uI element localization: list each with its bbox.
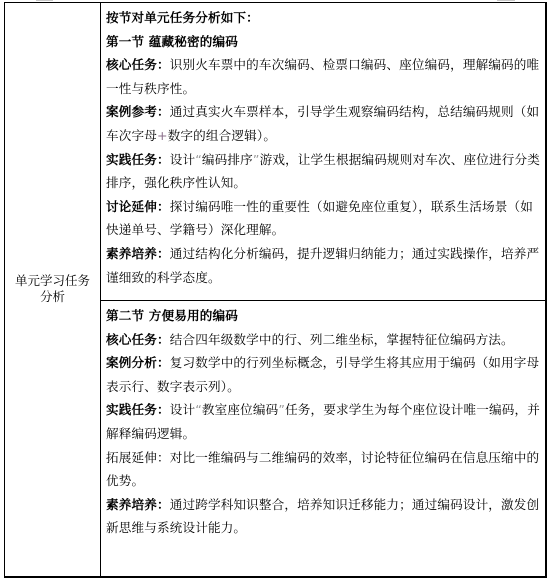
- item-label: 拓展延伸：: [106, 450, 170, 465]
- section-1-core-task-cont: 一性与秩序性。: [106, 77, 542, 101]
- section-2-heading: 第二节 方便易用的编码: [106, 304, 542, 328]
- close-quote: ”: [253, 152, 260, 167]
- item-label: 素养培养：: [106, 497, 170, 512]
- item-text: 优势。: [106, 473, 144, 488]
- section-1-literacy-cont: 谨细致的科学态度。: [106, 266, 542, 290]
- row-header-label-line1: 单元学习任务: [5, 273, 100, 289]
- section-1-practice-task-cont: 排序，强化秩序性认知。: [106, 171, 542, 195]
- section-1-case-reference: 案例参考：通过真实火车票样本，引导学生观察编码结构，总结编码规则（如: [106, 100, 542, 124]
- section-2-literacy-cont: 新思维与系统设计能力。: [106, 516, 542, 540]
- corner-mark-right: [497, 0, 515, 1]
- section-2-case-analysis: 案例分析：复习数学中的行列坐标概念，引导学生将其应用于编码（如用字母: [106, 351, 542, 375]
- section-1-discussion-cont: 快递单号、学籍号）深化理解。: [106, 218, 542, 242]
- corner-mark-left: [36, 0, 53, 1]
- item-text: 快递单号、学籍号）深化理解。: [106, 222, 284, 237]
- item-label: 实践任务：: [106, 402, 170, 417]
- item-text: 编码排序: [202, 152, 253, 167]
- section-2-extension-cont: 优势。: [106, 469, 542, 493]
- item-text: 复习数学中的行列坐标概念，引导学生将其应用于编码（如用字母: [170, 355, 540, 370]
- item-label: 实践任务：: [106, 152, 170, 167]
- item-label: 核心任务：: [106, 332, 170, 347]
- section-1-case-reference-cont: 车次字母+数字的组合逻辑）。: [106, 124, 542, 148]
- item-text: 对比一维编码与二维编码的效率，讨论特征位编码在信息压缩中的: [170, 450, 540, 465]
- row-header-label-line2: 分析: [5, 289, 100, 305]
- section-2-core-task: 核心任务：结合四年级数学中的行、列二维坐标，掌握特征位编码方法。: [106, 328, 542, 352]
- section-1-heading: 第一节 蕴藏秘密的编码: [106, 30, 542, 54]
- item-text: 结合四年级数学中的行、列二维坐标，掌握特征位编码方法。: [170, 332, 514, 347]
- item-text: 车次字母: [106, 128, 157, 143]
- section-2-practice-task: 实践任务：设计“教室座位编码”任务，要求学生为每个座位设计唯一编码，并: [106, 398, 542, 422]
- item-text: 解释编码逻辑。: [106, 426, 195, 441]
- section-1-cell: 按节对单元任务分析如下： 第一节 蕴藏秘密的编码 核心任务：识别火车票中的车次编…: [101, 3, 545, 301]
- item-text: 表示行、数字表示列）。: [106, 379, 240, 394]
- item-text: 谨细致的科学态度。: [106, 270, 221, 285]
- open-quote: “: [195, 152, 202, 167]
- section-2-extension: 拓展延伸：对比一维编码与二维编码的效率，讨论特征位编码在信息压缩中的: [106, 446, 542, 470]
- section-2-case-analysis-cont: 表示行、数字表示列）。: [106, 375, 542, 399]
- section-1-core-task: 核心任务：识别火车票中的车次编码、检票口编码、座位编码，理解编码的唯: [106, 53, 542, 77]
- item-text: 设计: [170, 402, 196, 417]
- section-2-cell: 第二节 方便易用的编码 核心任务：结合四年级数学中的行、列二维坐标，掌握特征位编…: [101, 301, 545, 576]
- section-2-practice-task-cont: 解释编码逻辑。: [106, 422, 542, 446]
- section-1-literacy: 素养培养：通过结构化分析编码，提升逻辑归纳能力；通过实践操作，培养严: [106, 242, 542, 266]
- item-text: 探讨编码唯一性的重要性（如避免座位重复），联系生活场景（如: [170, 199, 533, 214]
- item-label: 案例分析：: [106, 355, 170, 370]
- item-label: 核心任务：: [106, 57, 170, 72]
- open-quote: “: [195, 402, 202, 417]
- item-text: 游戏，让学生根据编码规则对车次、座位进行分类: [260, 152, 540, 167]
- row-header-label: 单元学习任务 分析: [5, 273, 100, 305]
- item-text: 排序，强化秩序性认知。: [106, 175, 246, 190]
- item-text: 识别火车票中的车次编码、检票口编码、座位编码，理解编码的唯: [170, 57, 540, 72]
- item-text: 通过结构化分析编码，提升逻辑归纳能力；通过实践操作，培养严: [170, 246, 540, 261]
- item-text: 教室座位编码: [202, 402, 278, 417]
- item-text: 通过跨学科知识整合，培养知识迁移能力；通过编码设计，激发创: [170, 497, 540, 512]
- row-header-cell: 单元学习任务 分析: [5, 3, 101, 576]
- plus-sign: +: [157, 128, 168, 143]
- item-text: 数字的组合逻辑）。: [168, 128, 276, 143]
- section-1-practice-task: 实践任务：设计“编码排序”游戏，让学生根据编码规则对车次、座位进行分类: [106, 148, 542, 172]
- item-text: 通过真实火车票样本，引导学生观察编码结构，总结编码规则（如: [170, 104, 540, 119]
- unit-task-analysis-table: 单元学习任务 分析 按节对单元任务分析如下： 第一节 蕴藏秘密的编码 核心任务：…: [4, 2, 547, 578]
- item-label: 案例参考：: [106, 104, 170, 119]
- item-text: 一性与秩序性。: [106, 81, 195, 96]
- item-label: 素养培养：: [106, 246, 170, 261]
- item-label: 讨论延伸：: [106, 199, 170, 214]
- intro-text: 按节对单元任务分析如下：: [106, 6, 542, 30]
- item-text: 任务，要求学生为每个座位设计唯一编码，并: [285, 402, 540, 417]
- item-text: 新思维与系统设计能力。: [106, 520, 246, 535]
- section-2-literacy: 素养培养：通过跨学科知识整合，培养知识迁移能力；通过编码设计，激发创: [106, 493, 542, 517]
- item-text: 设计: [170, 152, 196, 167]
- section-1-discussion: 讨论延伸：探讨编码唯一性的重要性（如避免座位重复），联系生活场景（如: [106, 195, 542, 219]
